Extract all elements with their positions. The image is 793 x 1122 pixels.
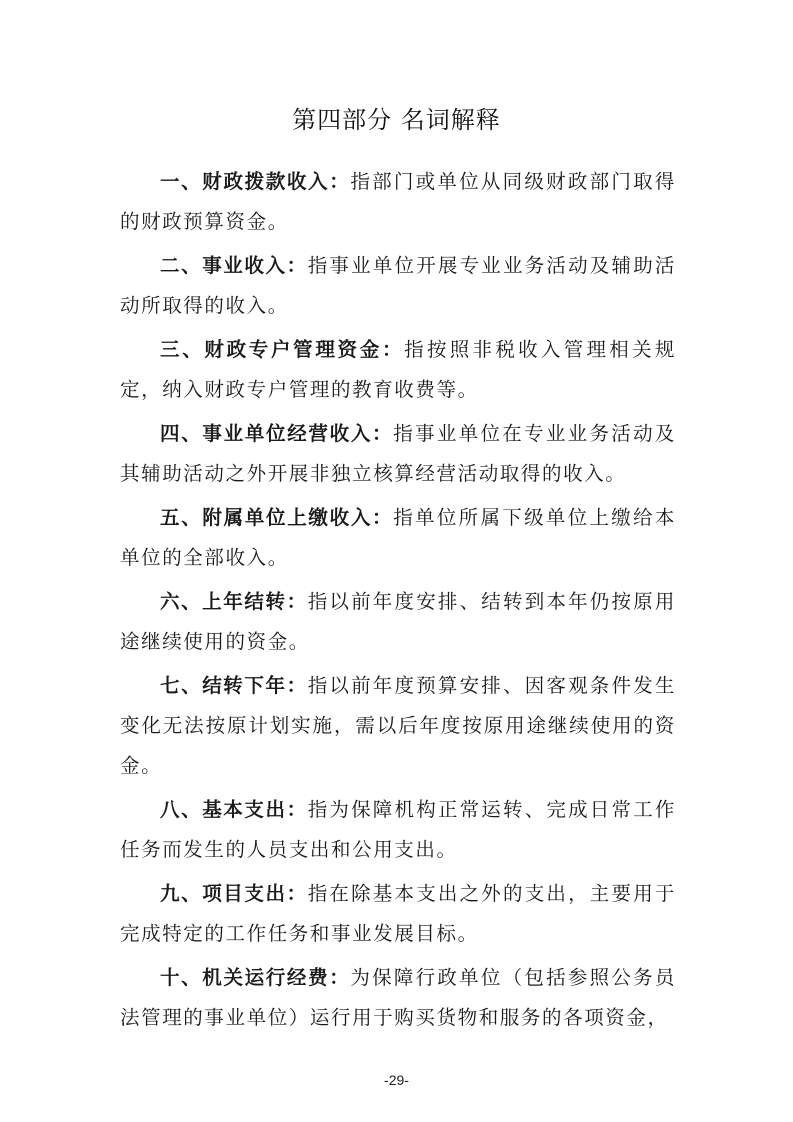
definition-term: 九、项目支出： <box>160 882 308 905</box>
definition-entry-1: 一、财政拨款收入：指部门或单位从同级财政部门取得的财政预算资金。 <box>120 162 676 242</box>
definition-entry-3: 三、财政专户管理资金：指按照非税收入管理相关规定，纳入财政专户管理的教育收费等。 <box>120 330 676 410</box>
page-number: -29- <box>0 1072 793 1088</box>
definition-entry-6: 六、上年结转：指以前年度安排、结转到本年仍按原用途继续使用的资金。 <box>120 582 676 662</box>
definition-term: 十、机关运行经费： <box>160 966 350 989</box>
definition-entry-10: 十、机关运行经费：为保障行政单位（包括参照公务员法管理的事业单位）运行用于购买货… <box>120 958 676 1038</box>
page-title: 第四部分 名词解释 <box>0 100 793 135</box>
definition-term: 五、附属单位上缴收入： <box>160 506 393 529</box>
definition-entry-9: 九、项目支出：指在除基本支出之外的支出，主要用于完成特定的工作任务和事业发展目标… <box>120 874 676 954</box>
definition-term: 四、事业单位经营收入： <box>160 422 393 445</box>
definition-entry-4: 四、事业单位经营收入：指事业单位在专业业务活动及其辅助活动之外开展非独立核算经营… <box>120 414 676 494</box>
definition-entry-5: 五、附属单位上缴收入：指单位所属下级单位上缴给本单位的全部收入。 <box>120 498 676 578</box>
definition-term: 七、结转下年： <box>160 674 308 697</box>
definition-entry-2: 二、事业收入：指事业单位开展专业业务活动及辅助活动所取得的收入。 <box>120 246 676 326</box>
definition-term: 二、事业收入： <box>160 254 308 277</box>
definition-term: 三、财政专户管理资金： <box>160 338 404 361</box>
definition-term: 一、财政拨款收入： <box>160 170 350 193</box>
definition-entry-8: 八、基本支出：指为保障机构正常运转、完成日常工作任务而发生的人员支出和公用支出。 <box>120 790 676 870</box>
definition-term: 八、基本支出： <box>160 798 308 821</box>
definition-term: 六、上年结转： <box>160 590 308 613</box>
definitions-list: 一、财政拨款收入：指部门或单位从同级财政部门取得的财政预算资金。 二、事业收入：… <box>120 162 676 1042</box>
definition-entry-7: 七、结转下年：指以前年度预算安排、因客观条件发生变化无法按原计划实施，需以后年度… <box>120 666 676 786</box>
